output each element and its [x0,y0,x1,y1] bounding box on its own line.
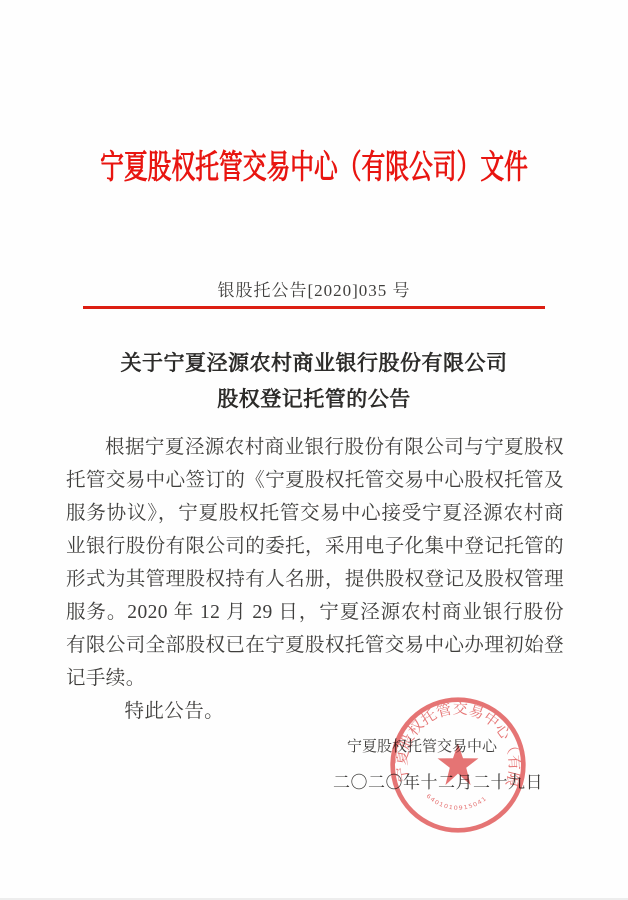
announcement-title: 关于宁夏泾源农村商业银行股份有限公司 股权登记托管的公告 [0,345,628,417]
seal-star-icon [438,744,479,786]
announcement-title-line2: 股权登记托管的公告 [0,381,628,417]
letterhead-title: 宁夏股权托管交易中心（有限公司）文件 [100,149,528,187]
document-page: 宁夏股权托管交易中心（有限公司）文件 银股托公告[2020]035 号 关于宁夏… [0,0,628,900]
seal-code-holder: 6401010915041 [425,793,489,811]
official-seal: 宁夏股权托管交易中心（有限公司） 6401010915041 [388,695,528,835]
document-body: 根据宁夏泾源农村商业银行股份有限公司与宁夏股权托管交易中心签订的《宁夏股权托管交… [66,431,564,728]
seal-code: 6401010915041 [425,793,489,811]
red-divider-line [83,306,545,309]
announcement-title-line1: 关于宁夏泾源农村商业银行股份有限公司 [0,345,628,381]
body-paragraph: 根据宁夏泾源农村商业银行股份有限公司与宁夏股权托管交易中心签订的《宁夏股权托管交… [66,431,564,695]
letterhead: 宁夏股权托管交易中心（有限公司）文件 [0,149,628,187]
doc-number: 银股托公告[2020]035 号 [0,276,628,301]
